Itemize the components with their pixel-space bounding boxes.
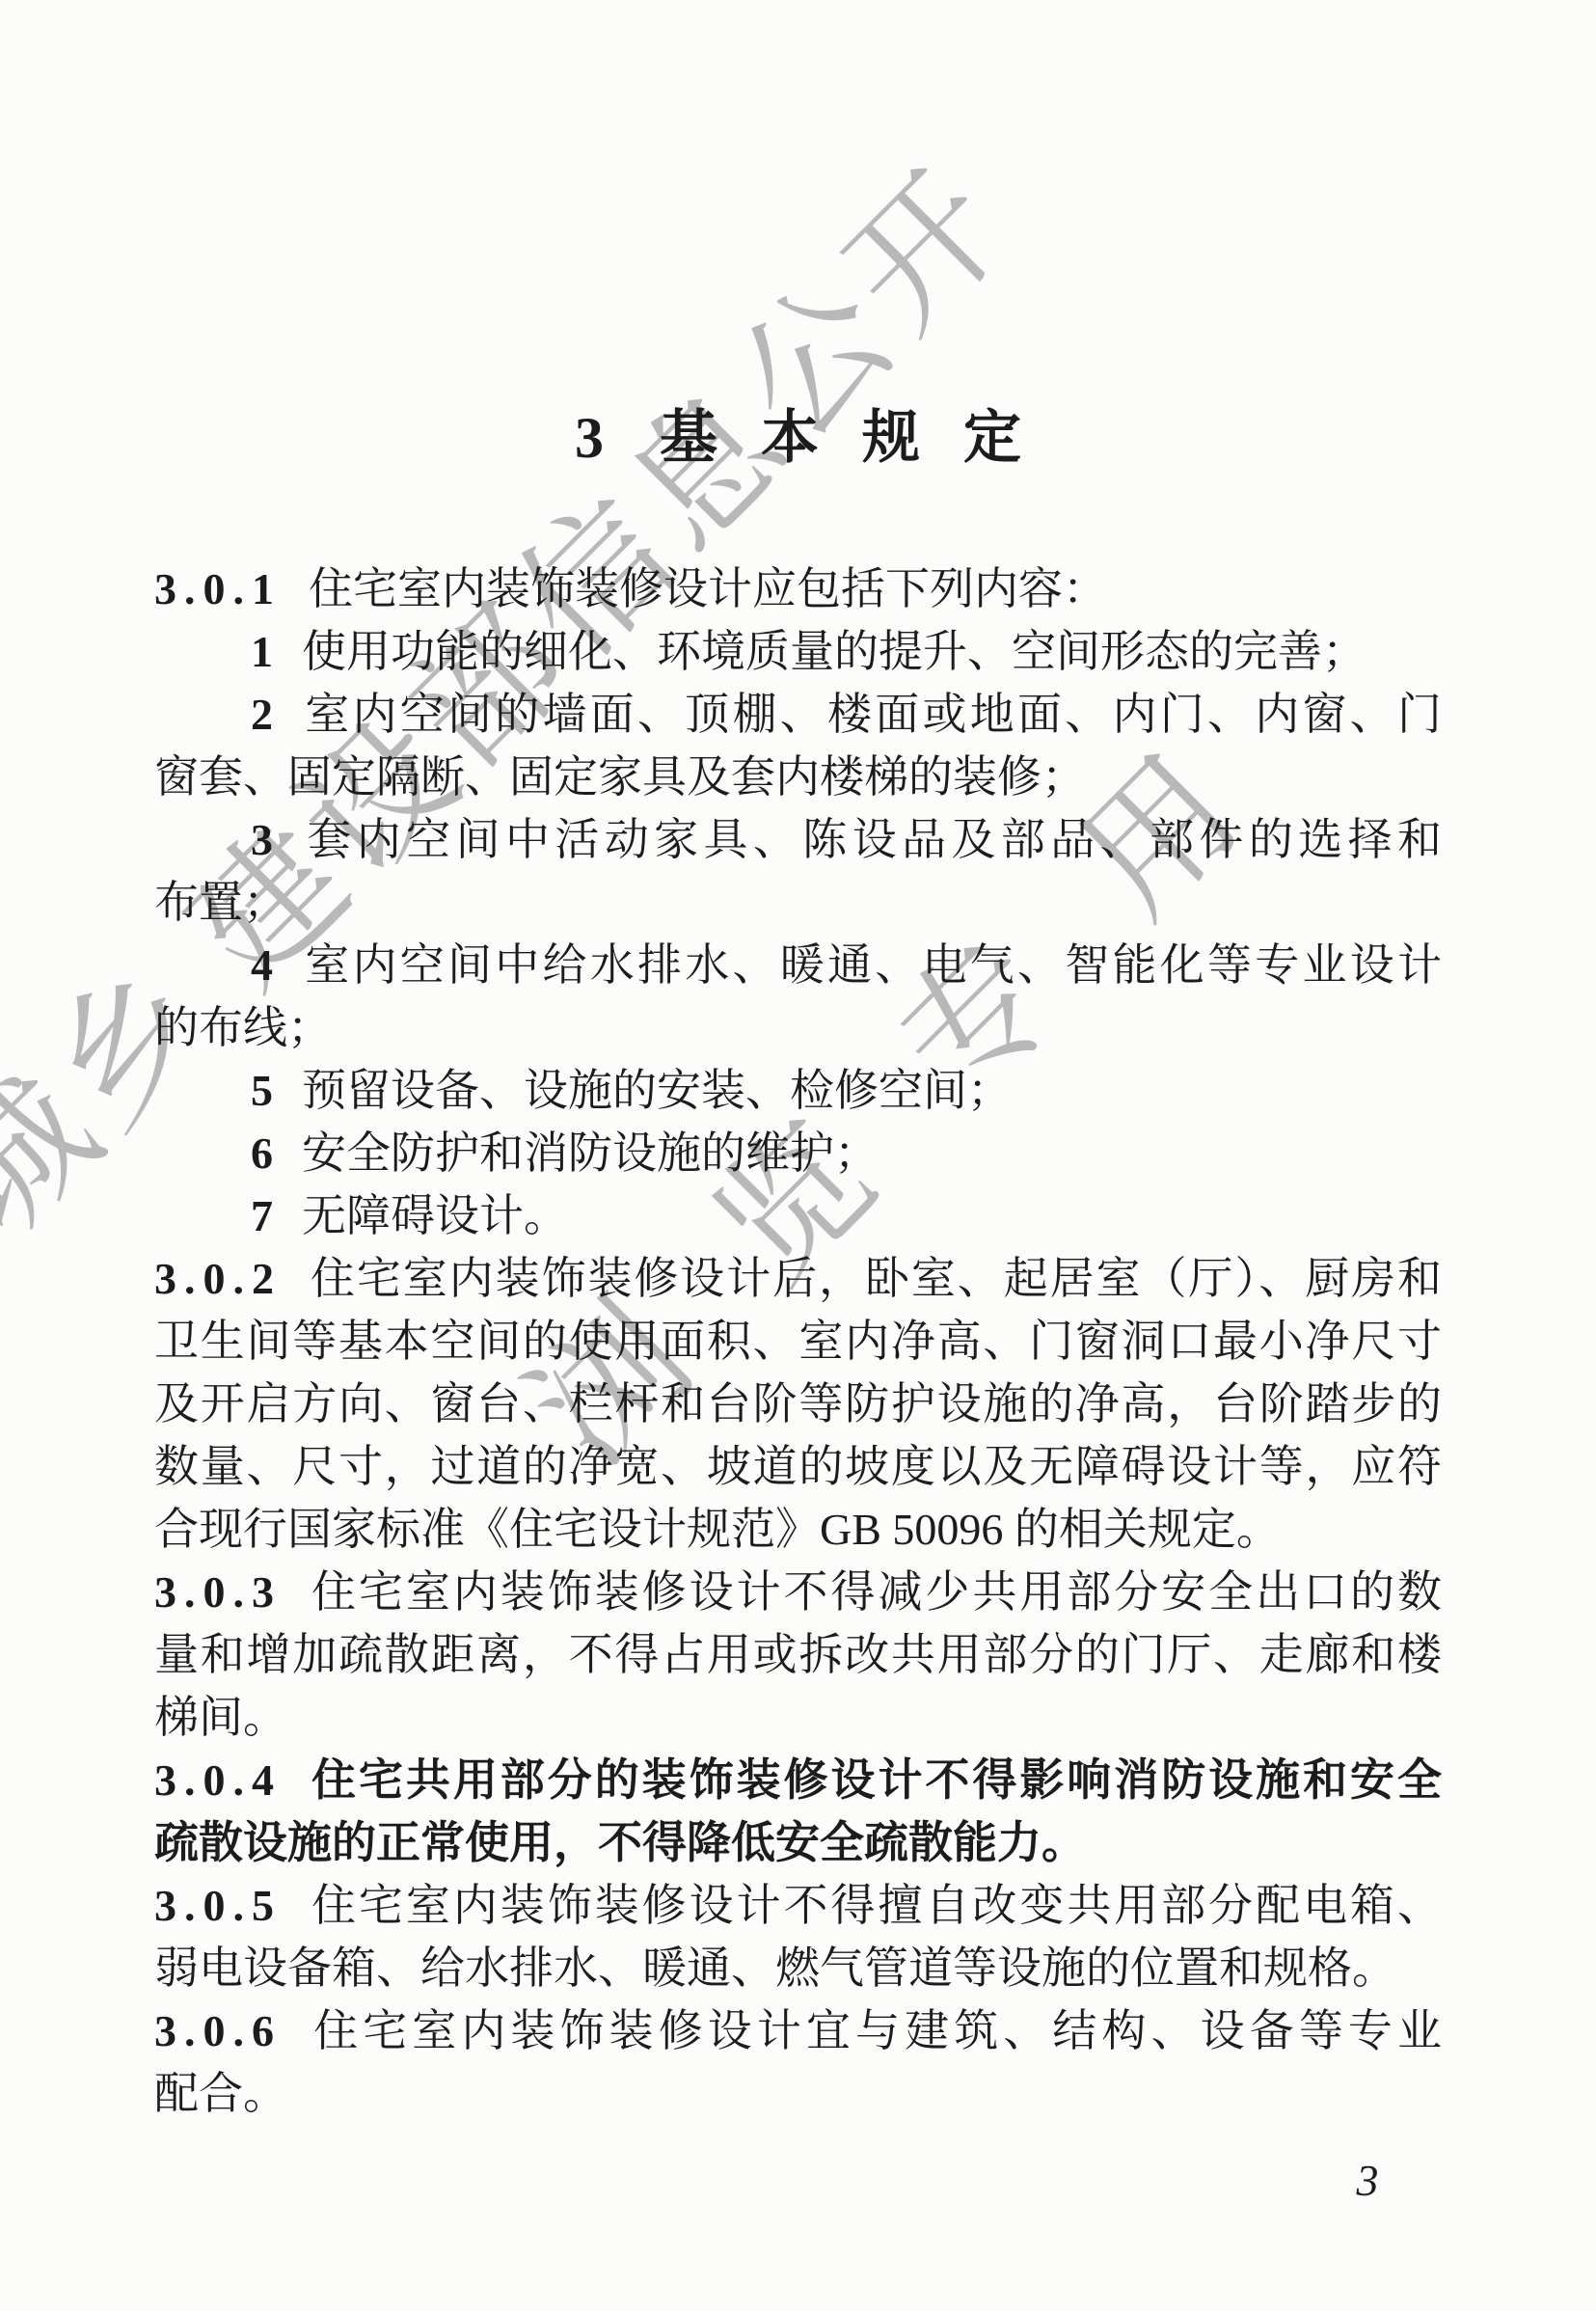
text-line: 3套内空间中活动家具、陈设品及部品、部件的选择和 <box>154 808 1442 871</box>
body-text: 3.0.1住宅室内装饰装修设计应包括下列内容： 1使用功能的细化、环境质量的提升… <box>154 557 1442 2125</box>
text-line: 3.0.6住宅室内装饰装修设计宜与建筑、结构、设备等专业 <box>154 1999 1442 2062</box>
line-text: 弱电设备箱、给水排水、暖通、燃气管道等设施的位置和规格。 <box>154 1944 1396 1993</box>
item-number: 7 <box>251 1191 273 1240</box>
item-number: 4 <box>251 940 273 990</box>
text-line: 6安全防护和消防设施的维护； <box>154 1122 1442 1184</box>
line-text: 数量、尺寸，过道的净宽、坡道的坡度以及无障碍设计等，应符 <box>154 1442 1442 1491</box>
text-line: 梯间。 <box>154 1686 1442 1749</box>
item-number: 5 <box>251 1066 273 1115</box>
item-number: 3 <box>251 815 273 864</box>
text-line: 数量、尺寸，过道的净宽、坡道的坡度以及无障碍设计等，应符 <box>154 1435 1442 1498</box>
text-line: 3.0.5住宅室内装饰装修设计不得擅自改变共用部分配电箱、 <box>154 1874 1442 1937</box>
line-text: 住宅室内装饰装修设计应包括下列内容： <box>309 564 1107 613</box>
text-line: 配合。 <box>154 2062 1442 2125</box>
text-line: 1使用功能的细化、环境质量的提升、空间形态的完善； <box>154 620 1442 683</box>
text-line: 布置； <box>154 871 1442 934</box>
document-page: 住房城乡 建设部信息公开 浏览专用 3基本规定 3.0.1住宅室内装饰装修设计应… <box>0 0 1596 2311</box>
clause-number: 3.0.4 <box>154 1755 282 1805</box>
item-number: 1 <box>251 627 273 676</box>
line-text: 量和增加疏散距离，不得占用或拆改共用部分的门厅、走廊和楼 <box>154 1630 1442 1679</box>
line-text: 卫生间等基本空间的使用面积、室内净高、门窗洞口最小净尺寸 <box>154 1317 1442 1366</box>
line-text: 使用功能的细化、环境质量的提升、空间形态的完善； <box>302 627 1366 676</box>
text-line: 7无障碍设计。 <box>154 1184 1442 1247</box>
text-line: 4室内空间中给水排水、暖通、电气、智能化等专业设计 <box>154 934 1442 996</box>
line-text: 套内空间中活动家具、陈设品及部品、部件的选择和 <box>302 815 1442 864</box>
text-line: 的布线； <box>154 996 1442 1059</box>
line-text: 布置； <box>154 878 287 927</box>
page-number: 3 <box>1329 2155 1406 2213</box>
text-line: 3.0.4住宅共用部分的装饰装修设计不得影响消防设施和安全 <box>154 1749 1442 1811</box>
clause-number: 3.0.2 <box>154 1254 282 1303</box>
line-text: 梯间。 <box>154 1693 287 1742</box>
line-text: 住宅室内装饰装修设计不得减少共用部分安全出口的数 <box>309 1567 1442 1617</box>
clause-number: 3.0.6 <box>154 2006 282 2055</box>
chapter-title: 3基本规定 <box>0 394 1596 482</box>
text-line: 窗套、固定隔断、固定家具及套内楼梯的装修； <box>154 746 1442 808</box>
text-line: 3.0.1住宅室内装饰装修设计应包括下列内容： <box>154 557 1442 620</box>
line-text: 住宅共用部分的装饰装修设计不得影响消防设施和安全 <box>309 1755 1442 1805</box>
text-line: 卫生间等基本空间的使用面积、室内净高、门窗洞口最小净尺寸 <box>154 1310 1442 1373</box>
text-line: 及开启方向、窗台、栏杆和台阶等防护设施的净高，台阶踏步的 <box>154 1373 1442 1435</box>
line-text: 室内空间的墙面、顶棚、楼面或地面、内门、内窗、门 <box>302 690 1442 739</box>
item-number: 6 <box>251 1128 273 1178</box>
line-text: 合现行国家标准《住宅设计规范》GB 50096 的相关规定。 <box>154 1505 1281 1554</box>
line-text: 及开启方向、窗台、栏杆和台阶等防护设施的净高，台阶踏步的 <box>154 1379 1442 1428</box>
line-text: 安全防护和消防设施的维护； <box>302 1128 879 1178</box>
line-text: 室内空间中给水排水、暖通、电气、智能化等专业设计 <box>302 940 1442 990</box>
text-line: 合现行国家标准《住宅设计规范》GB 50096 的相关规定。 <box>154 1498 1442 1561</box>
line-text: 住宅室内装饰装修设计宜与建筑、结构、设备等专业 <box>309 2006 1442 2055</box>
text-line: 弱电设备箱、给水排水、暖通、燃气管道等设施的位置和规格。 <box>154 1937 1442 1999</box>
line-text: 窗套、固定隔断、固定家具及套内楼梯的装修； <box>154 752 1086 802</box>
text-line: 5预留设备、设施的安装、检修空间； <box>154 1059 1442 1122</box>
text-line: 量和增加疏散距离，不得占用或拆改共用部分的门厅、走廊和楼 <box>154 1623 1442 1686</box>
chapter-title-text: 基本规定 <box>660 406 1065 470</box>
clause-number: 3.0.1 <box>154 564 282 613</box>
line-text: 无障碍设计。 <box>302 1191 568 1240</box>
line-text: 疏散设施的正常使用，不得降低安全疏散能力。 <box>154 1818 1086 1867</box>
clause-number: 3.0.5 <box>154 1881 282 1930</box>
line-text: 住宅室内装饰装修设计后，卧室、起居室（厅）、厨房和 <box>309 1254 1442 1303</box>
clause-number: 3.0.3 <box>154 1567 282 1617</box>
item-number: 2 <box>251 690 273 739</box>
text-line: 2室内空间的墙面、顶棚、楼面或地面、内门、内窗、门 <box>154 683 1442 746</box>
line-text: 的布线； <box>154 1003 332 1052</box>
text-line: 疏散设施的正常使用，不得降低安全疏散能力。 <box>154 1811 1442 1874</box>
line-text: 配合。 <box>154 2069 287 2118</box>
line-text: 住宅室内装饰装修设计不得擅自改变共用部分配电箱、 <box>309 1881 1442 1930</box>
text-line: 3.0.2住宅室内装饰装修设计后，卧室、起居室（厅）、厨房和 <box>154 1247 1442 1310</box>
line-text: 预留设备、设施的安装、检修空间； <box>302 1066 1012 1115</box>
chapter-number: 3 <box>575 406 604 470</box>
text-line: 3.0.3住宅室内装饰装修设计不得减少共用部分安全出口的数 <box>154 1561 1442 1623</box>
